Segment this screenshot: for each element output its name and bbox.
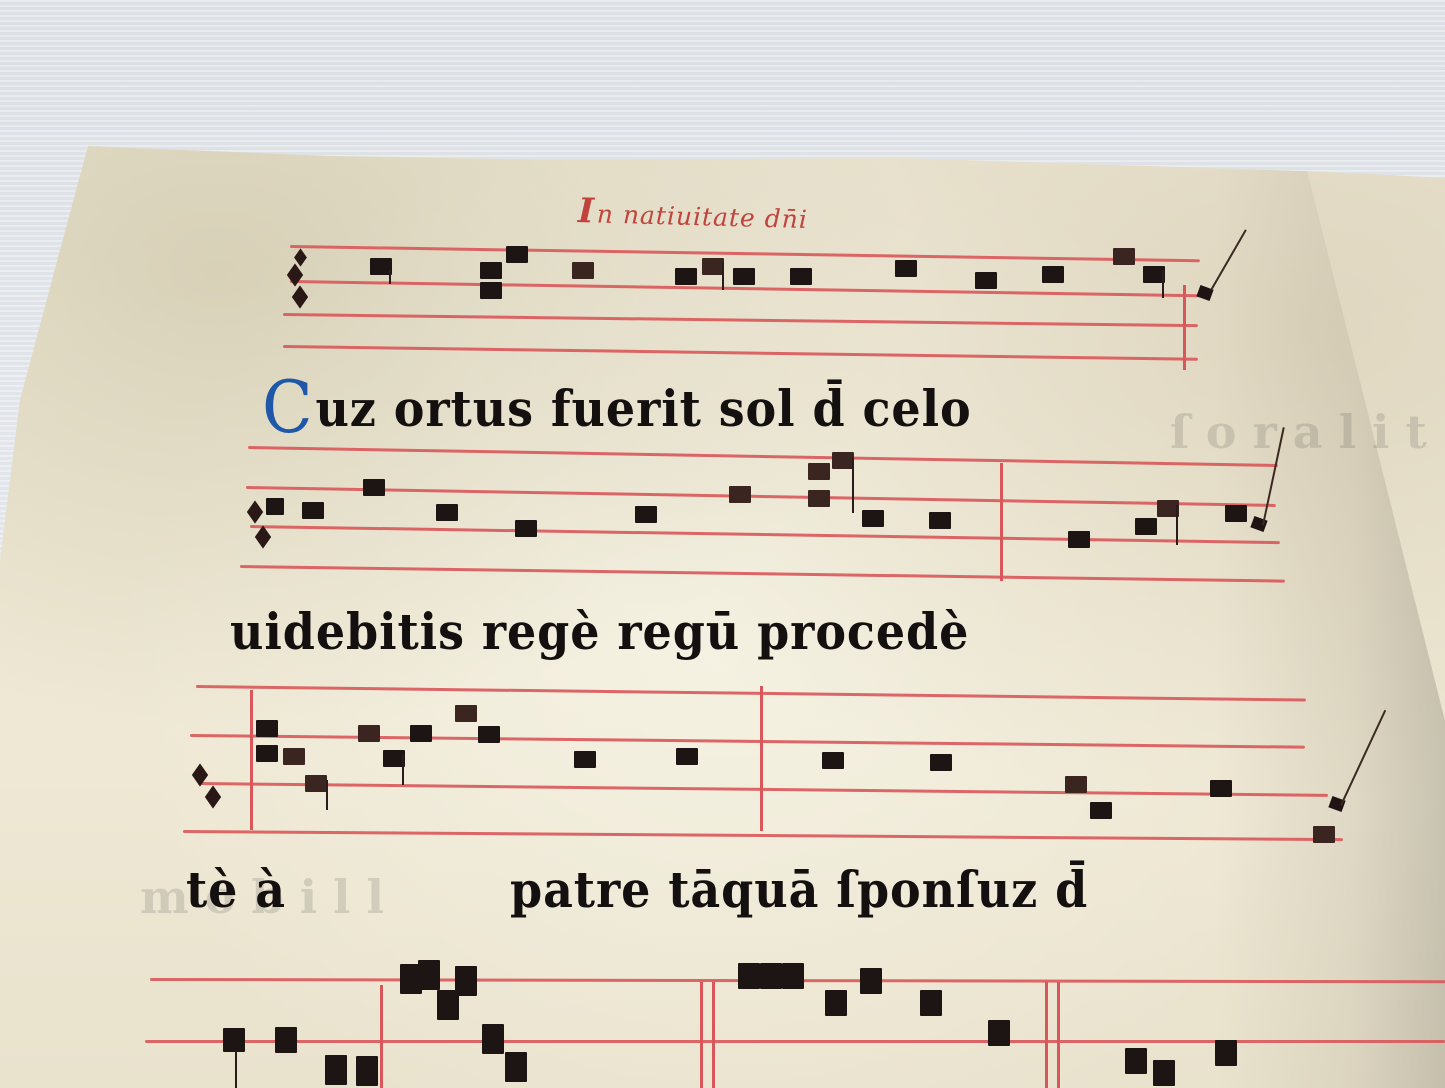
neume-note — [1313, 826, 1335, 843]
parchment-fold-shadow — [1215, 170, 1445, 1088]
staff-line — [240, 565, 1285, 583]
neume-note — [455, 705, 477, 722]
staff-line — [198, 782, 1328, 797]
neume-note — [266, 498, 284, 515]
neume-note — [480, 262, 502, 279]
neume-note — [358, 725, 380, 742]
neume-note — [283, 748, 305, 765]
neume-note — [729, 486, 751, 503]
illuminated-initial: C — [262, 365, 314, 449]
bleedthrough-text: ſ o r a l i t — [1170, 405, 1427, 459]
note-stem — [722, 262, 724, 290]
neume-note — [363, 479, 385, 496]
neume-note — [782, 963, 804, 989]
neume-note — [733, 268, 755, 285]
bar-line — [760, 686, 763, 831]
neume-note — [825, 990, 847, 1016]
neume-note — [256, 745, 278, 762]
rubric-heading: In natiuitate dn̄i — [578, 191, 809, 237]
note-stem — [235, 1050, 237, 1088]
neume-note — [305, 775, 327, 792]
lyric-line-2: uidebitis regè regū procedè — [230, 602, 969, 661]
clef-icon — [255, 525, 271, 548]
neume-note — [1042, 266, 1064, 283]
lyric-line-4: patre tāquā ſponſuz d̄ — [510, 860, 1088, 919]
rubric-flourish-initial: I — [578, 191, 596, 231]
staff-line — [250, 525, 1280, 544]
staff-line — [145, 1040, 1445, 1043]
neume-note — [506, 246, 528, 263]
staff-line — [283, 345, 1198, 361]
neume-note — [1113, 248, 1135, 265]
bar-line — [380, 985, 383, 1088]
neume-note — [760, 963, 782, 989]
neume-note — [988, 1020, 1010, 1046]
neume-note — [808, 463, 830, 480]
note-stem — [1176, 505, 1178, 545]
lyric-line-1: Cuz ortus fuerit sol d̄ celo — [262, 365, 972, 449]
neume-note — [572, 262, 594, 279]
neume-note — [1090, 802, 1112, 819]
neume-note — [862, 510, 884, 527]
neume-note — [790, 268, 812, 285]
neume-note — [356, 1056, 378, 1086]
neume-note — [1210, 780, 1232, 797]
bar-line — [1183, 285, 1186, 370]
neume-note — [929, 512, 951, 529]
staff-line — [183, 830, 1343, 841]
neume-note — [920, 990, 942, 1016]
bar-line — [1057, 982, 1060, 1088]
clef-icon — [292, 285, 308, 308]
neume-note — [808, 490, 830, 507]
neume-note — [1125, 1048, 1147, 1074]
neume-note — [482, 1024, 504, 1054]
clef-icon — [205, 785, 221, 808]
neume-note — [478, 726, 500, 743]
staff-line — [283, 313, 1198, 327]
neume-note — [455, 966, 477, 996]
neume-note — [635, 506, 657, 523]
note-stem — [389, 270, 391, 284]
neume-note — [515, 520, 537, 537]
staff-line — [248, 446, 1278, 467]
neume-note — [302, 502, 324, 519]
neume-note — [410, 725, 432, 742]
note-stem — [402, 755, 404, 785]
neume-note — [675, 268, 697, 285]
neume-note — [895, 260, 917, 277]
neume-note — [256, 720, 278, 737]
neume-note — [1153, 1060, 1175, 1086]
note-stem — [326, 780, 328, 810]
neume-note — [480, 282, 502, 299]
neume-note — [738, 963, 760, 989]
neume-note — [702, 258, 724, 275]
bar-line — [1045, 982, 1048, 1088]
neume-note — [1068, 531, 1090, 548]
neume-note — [505, 1052, 527, 1082]
lyric-text: uz ortus fuerit sol d̄ celo — [315, 379, 971, 438]
neume-note — [436, 504, 458, 521]
lyric-line-3: tè à — [186, 860, 286, 919]
neume-note — [860, 968, 882, 994]
bar-line — [712, 982, 715, 1088]
neume-note — [822, 752, 844, 769]
staff-line — [290, 245, 1200, 262]
neume-note — [574, 751, 596, 768]
neume-note — [1135, 518, 1157, 535]
neume-note — [275, 1027, 297, 1053]
neume-note — [1065, 776, 1087, 793]
clef-icon — [247, 500, 263, 523]
neume-note — [930, 754, 952, 771]
staff-line — [246, 486, 1276, 507]
neume-note — [223, 1028, 245, 1052]
staff-line — [196, 685, 1306, 702]
rubric-text: n natiuitate dn̄i — [596, 199, 808, 234]
neume-note — [1215, 1040, 1237, 1066]
neume-note — [975, 272, 997, 289]
neume-note — [676, 748, 698, 765]
neume-note — [1225, 505, 1247, 522]
bar-line — [700, 982, 703, 1088]
note-stem — [1162, 270, 1164, 298]
note-stem — [852, 458, 854, 513]
bar-line — [1000, 463, 1003, 581]
neume-note — [325, 1055, 347, 1085]
bar-line — [250, 690, 253, 830]
neume-note — [418, 960, 440, 990]
neume-note — [832, 452, 854, 469]
